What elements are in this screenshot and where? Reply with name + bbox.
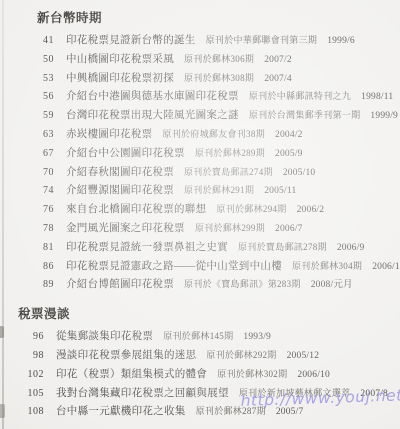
toc-entry: 74 介紹豐源閣圖印花稅票 原刊於郵林291期 2005/11: [0, 181, 400, 200]
entry-date: 1999/6: [327, 32, 355, 51]
entry-date: 2008/元月: [311, 276, 353, 295]
scan-edge-line: [2, 0, 4, 429]
scan-edge-mark: [0, 404, 5, 418]
entry-date: 2007/8: [360, 385, 388, 404]
entry-source: 原刊於郵林302期: [217, 365, 287, 384]
entry-title: 來自台北橋圖印花稅票的聯想: [66, 201, 206, 220]
entry-source: 原刊於府城郵友會刊38期: [162, 125, 265, 144]
entry-page-number: 76: [18, 201, 54, 220]
entry-title: 我對台灣集藏印花稅票之回顧與展望: [56, 385, 229, 404]
entry-title: 從集郵談集印花稅票: [56, 328, 153, 347]
entry-source: 原刊於郵林294期: [216, 200, 286, 219]
entry-page-number: 98: [8, 347, 44, 366]
entry-source: 原刊於郵林304期: [292, 257, 362, 276]
toc-entry: 70 介紹春秋閣圖印花稅票 原刊於寶島郵訊274期 2005/10: [0, 163, 400, 182]
toc-entry: 102 印花（稅票）類組集模式的體會 原刊於郵林302期 2006/10: [0, 365, 400, 384]
entry-date: 2005/10: [283, 164, 316, 183]
toc-entry: 89 介紹台博館圖印花稅票 原刊於《寶島郵訊》第283期 2008/元月: [0, 275, 400, 294]
entry-date: 1993/9: [243, 328, 271, 347]
entry-date: 2005/11: [264, 182, 296, 201]
entry-page-number: 86: [18, 258, 54, 277]
entry-page-number: 70: [18, 164, 54, 183]
entry-page-number: 105: [8, 385, 44, 404]
entry-date: 2005/12: [287, 347, 320, 366]
toc-entry: 67 介紹台中公園圖印花稅票 原刊於郵林289期 2005/9: [0, 144, 400, 163]
entry-date: 2005/7: [276, 403, 304, 422]
entry-title: 介紹豐源閣圖印花稅票: [66, 182, 174, 201]
entry-date: 2006/12: [372, 258, 400, 277]
entry-title: 赤崁樓圖印花稅票: [66, 126, 152, 145]
entry-title: 介紹台中公園圖印花稅票: [66, 145, 185, 164]
toc-entry: 98 漫談印花稅票參展組集的迷思 原刊於郵林292期 2005/12: [0, 346, 400, 365]
entry-title: 印花稅票見證統一發票鼻祖之史實: [66, 239, 228, 258]
toc-entry: 53 中興橋圖印花稅票初探 原刊於郵林308期 2007/4: [0, 69, 400, 88]
entry-date: 2005/9: [275, 145, 303, 164]
entry-date: 2004/2: [275, 126, 303, 145]
toc-entry: 86 印花稅票見證憲政之路——從中山堂到中山樓 原刊於郵林304期 2006/1…: [0, 257, 400, 276]
entry-title: 介紹春秋閣圖印花稅票: [66, 164, 174, 183]
entry-date: 2006/2: [297, 201, 325, 220]
scanned-toc-page: 新台幣時期 41 印花稅票見證新台幣的誕生 原刊於中華郵聯會刊第三期 1999/…: [0, 0, 400, 429]
toc-entry: 76 來自台北橋圖印花稅票的聯想 原刊於郵林294期 2006/2: [0, 200, 400, 219]
entry-title: 印花稅票見證新台幣的誕生: [66, 32, 196, 51]
entry-page-number: 96: [8, 328, 44, 347]
toc-entry: 78 金門風光圖案之印花稅票 原刊於郵林299期 2006/7: [0, 219, 400, 238]
scan-edge-mark: [0, 326, 4, 338]
entry-source: 原刊於郵林287期: [196, 402, 266, 421]
entry-source: 原刊於中縣郵訊特刊之九: [249, 87, 351, 106]
entry-page-number: 63: [18, 126, 54, 145]
section-entries: 41 印花稅票見證新台幣的誕生 原刊於中華郵聯會刊第三期 1999/6 50 中…: [0, 31, 400, 294]
toc-entry: 105 我對台灣集藏印花稅票之回顧與展望 原刊於新加坡藝林郵文選萃 2007/8: [0, 384, 400, 403]
toc-entry: 41 印花稅票見證新台幣的誕生 原刊於中華郵聯會刊第三期 1999/6: [0, 31, 400, 50]
section-title: 稅票漫談: [18, 306, 400, 323]
entry-source: 原刊於郵林291期: [184, 181, 254, 200]
entry-page-number: 74: [18, 182, 54, 201]
toc-entry: 108 台中縣一元獻機印花之收集 原刊於郵林287期 2005/7: [0, 402, 400, 421]
entry-date: 2007/2: [264, 51, 292, 70]
entry-source: 原刊於寶島郵訊274期: [184, 163, 273, 182]
entry-date: 1999/9: [370, 107, 398, 126]
entry-page-number: 108: [8, 403, 44, 422]
entry-source: 原刊於新加坡藝林郵文選萃: [239, 384, 351, 403]
toc-section: 新台幣時期 41 印花稅票見證新台幣的誕生 原刊於中華郵聯會刊第三期 1999/…: [0, 10, 400, 294]
entry-source: 原刊於寶島郵訊278期: [238, 238, 327, 257]
entry-page-number: 89: [18, 276, 54, 295]
entry-date: 2006/7: [275, 220, 303, 239]
entry-date: 2006/10: [297, 366, 330, 385]
toc-entry: 59 台灣印花稅票出現大陸風光圖案之謎 原刊於台灣集郵季刊第一期 1999/9: [0, 106, 400, 125]
entry-title: 中山橋圖印花稅票采風: [66, 51, 174, 70]
entry-source: 原刊於郵林308期: [184, 69, 254, 88]
entry-date: 1998/11: [361, 88, 393, 107]
entry-date: 2007/4: [264, 70, 292, 89]
entry-source: 原刊於《寶島郵訊》第283期: [184, 275, 301, 294]
entry-source: 原刊於台灣集郵季刊第一期: [249, 106, 361, 125]
entry-source: 原刊於郵林306期: [184, 50, 254, 69]
toc-entry: 81 印花稅票見證統一發票鼻祖之史實 原刊於寶島郵訊278期 2006/9: [0, 238, 400, 257]
entry-date: 2006/9: [337, 239, 365, 258]
entry-title: 介紹台博館圖印花稅票: [66, 276, 174, 295]
entry-source: 原刊於郵林299期: [195, 219, 265, 238]
toc-section: 稅票漫談 96 從集郵談集印花稅票 原刊於郵林145期 1993/9 98 漫談…: [0, 306, 400, 421]
entry-title: 漫談印花稅票參展組集的迷思: [56, 347, 196, 366]
entry-title: 台灣印花稅票出現大陸風光圖案之謎: [66, 107, 239, 126]
entry-page-number: 53: [18, 70, 54, 89]
entry-source: 原刊於郵林289期: [195, 144, 265, 163]
entry-page-number: 81: [18, 239, 54, 258]
toc-entry: 50 中山橋圖印花稅票采風 原刊於郵林306期 2007/2: [0, 50, 400, 69]
toc-entry: 96 從集郵談集印花稅票 原刊於郵林145期 1993/9: [0, 327, 400, 346]
entry-title: 印花稅票見證憲政之路——從中山堂到中山樓: [66, 258, 282, 277]
entry-source: 原刊於郵林145期: [163, 327, 233, 346]
entry-title: 中興橋圖印花稅票初探: [66, 70, 174, 89]
toc: 新台幣時期 41 印花稅票見證新台幣的誕生 原刊於中華郵聯會刊第三期 1999/…: [0, 10, 400, 421]
entry-page-number: 56: [18, 88, 54, 107]
entry-page-number: 67: [18, 145, 54, 164]
entry-page-number: 59: [18, 107, 54, 126]
entry-title: 介紹台中港圖與德基水庫圖印花稅票: [66, 88, 239, 107]
toc-entry: 56 介紹台中港圖與德基水庫圖印花稅票 原刊於中縣郵訊特刊之九 1998/11: [0, 87, 400, 106]
entry-page-number: 41: [18, 32, 54, 51]
entry-title: 台中縣一元獻機印花之收集: [56, 403, 186, 422]
entry-title: 金門風光圖案之印花稅票: [66, 220, 185, 239]
entry-page-number: 78: [18, 220, 54, 239]
entry-source: 原刊於郵林292期: [206, 346, 276, 365]
entry-source: 原刊於中華郵聯會刊第三期: [206, 31, 318, 50]
entry-title: 印花（稅票）類組集模式的體會: [56, 366, 207, 385]
section-title: 新台幣時期: [37, 10, 400, 27]
entry-page-number: 102: [8, 366, 44, 385]
toc-entry: 63 赤崁樓圖印花稅票 原刊於府城郵友會刊38期 2004/2: [0, 125, 400, 144]
section-entries: 96 從集郵談集印花稅票 原刊於郵林145期 1993/9 98 漫談印花稅票參…: [0, 327, 400, 421]
entry-page-number: 50: [18, 51, 54, 70]
